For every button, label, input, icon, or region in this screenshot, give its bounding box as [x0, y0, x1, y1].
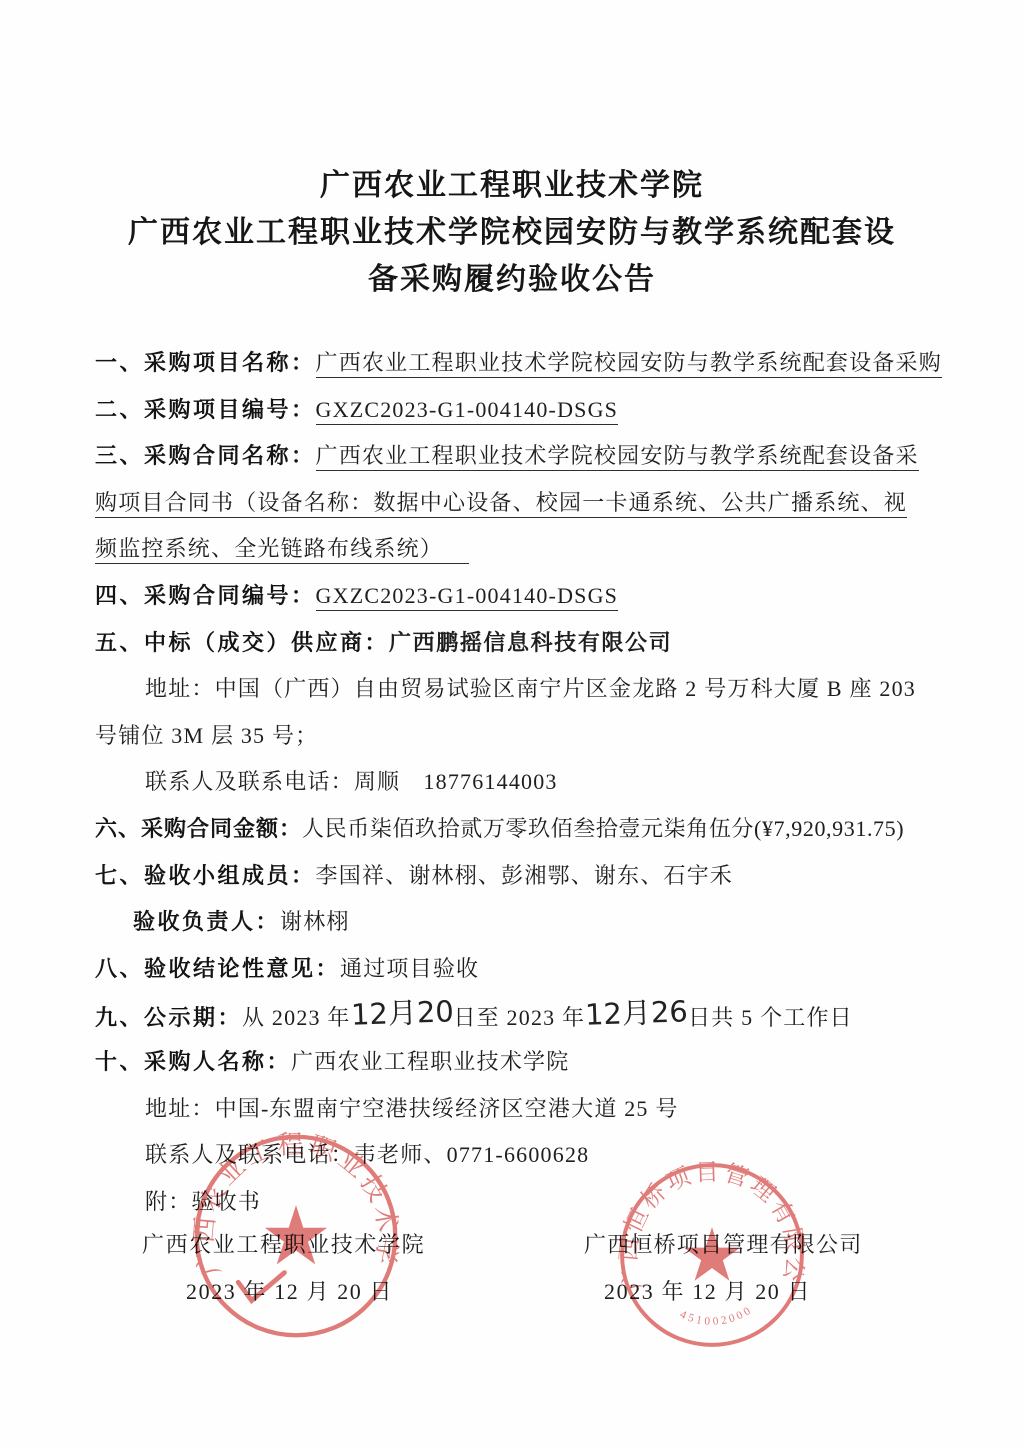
item-8-label: 八、验收结论性意见： [95, 956, 340, 981]
supplier-address-line2: 号铺位 3M 层 35 号； [95, 713, 974, 760]
supplier-contact-label: 联系人及联系电话： [145, 769, 354, 794]
item-4-label: 四、采购合同编号： [95, 583, 316, 608]
item-7-label: 七、验收小组成员： [95, 863, 316, 888]
title-line-3: 备采购履约验收公告 [0, 256, 1024, 303]
handwritten-start-date: 12月20 [350, 989, 454, 1039]
buyer-contact: 联系人及联系电话：韦老师、0771-6600628 [95, 1132, 974, 1179]
item-3-value-line2: 购项目合同书（设备名称：数据中心设备、校园一卡通系统、公共广播系统、视 [95, 490, 907, 518]
acceptance-leader-label: 验收负责人： [133, 909, 280, 934]
buyer-contact-value: 韦老师、0771-6600628 [354, 1142, 590, 1167]
supplier-contact: 联系人及联系电话：周顺 18776144003 [95, 759, 974, 806]
item-9-post-text: 日共 5 个工作日 [688, 1005, 853, 1030]
title-line-1: 广西农业工程职业技术学院 [0, 162, 1024, 209]
item-3-value-line1: 广西农业工程职业技术学院校园安防与教学系统配套设备采 [316, 443, 919, 471]
item-4-contract-number: 四、采购合同编号：GXZC2023-G1-004140-DSGS [95, 573, 974, 620]
item-8-conclusion: 八、验收结论性意见：通过项目验收 [95, 946, 974, 993]
acceptance-leader: 验收负责人：谢林栩 [95, 899, 974, 946]
signature-date-right: 2023 年 12 月 20 日 [604, 1275, 811, 1306]
acceptance-leader-value: 谢林栩 [280, 909, 350, 934]
item-10-label: 十、采购人名称： [95, 1049, 291, 1074]
item-1-project-name: 一、采购项目名称：广西农业工程职业技术学院校园安防与教学系统配套设备采购 [95, 340, 974, 387]
attachment-text: 附：验收书 [145, 1189, 261, 1214]
buyer-address: 地址：中国-东盟南宁空港扶绥经济区空港大道 25 号 [95, 1086, 974, 1133]
signature-org-left: 广西农业工程职业技术学院 [142, 1228, 425, 1259]
item-1-label: 一、采购项目名称： [95, 350, 316, 375]
buyer-address-label: 地址： [145, 1096, 215, 1121]
item-9-pre-text: 从 2023 年 [242, 1005, 351, 1030]
item-7-value: 李国祥、谢林栩、彭湘鄂、谢东、石宇禾 [316, 863, 734, 888]
signature-section: 广西农业工程职业技术学院 广西恒桥项目管理有限公司 2023 年 12 月 20… [0, 1220, 1024, 1380]
item-2-project-number: 二、采购项目编号：GXZC2023-G1-004140-DSGS [95, 387, 974, 434]
document-page: 广西农业工程职业技术学院 广西农业工程职业技术学院校园安防与教学系统配套设 备采… [0, 0, 1024, 1448]
item-7-acceptance-team: 七、验收小组成员：李国祥、谢林栩、彭湘鄂、谢东、石宇禾 [95, 853, 974, 900]
item-6-label: 六、采购合同金额： [95, 816, 302, 841]
item-6-value: 人民币柒佰玖拾贰万零玖佰叁拾壹元柒角伍分(¥7,920,931.75) [302, 816, 904, 841]
item-10-purchaser: 十、采购人名称：广西农业工程职业技术学院 [95, 1039, 974, 1086]
item-3-contract-name-cont1: 购项目合同书（设备名称：数据中心设备、校园一卡通系统、公共广播系统、视 [95, 480, 974, 527]
supplier-contact-value: 周顺 18776144003 [354, 769, 558, 794]
title-line-2: 广西农业工程职业技术学院校园安防与教学系统配套设 [0, 209, 1024, 256]
handwritten-end-date: 12月26 [584, 989, 688, 1039]
item-10-value: 广西农业工程职业技术学院 [291, 1049, 569, 1074]
item-9-label: 九、公示期： [95, 1005, 242, 1030]
item-5-value: 广西鹏摇信息科技有限公司 [389, 630, 672, 655]
supplier-address-value-line1: 中国（广西）自由贸易试验区南宁片区金龙路 2 号万科大厦 B 座 203 [215, 676, 916, 701]
item-2-value: GXZC2023-G1-004140-DSGS [316, 397, 619, 425]
signature-org-right: 广西恒桥项目管理有限公司 [584, 1228, 862, 1259]
supplier-address-label: 地址： [145, 676, 215, 701]
document-title: 广西农业工程职业技术学院 广西农业工程职业技术学院校园安防与教学系统配套设 备采… [0, 0, 1024, 303]
item-3-contract-name: 三、采购合同名称：广西农业工程职业技术学院校园安防与教学系统配套设备采 [95, 433, 974, 480]
item-9-publicity-period: 九、公示期：从 2023 年12月20日至 2023 年12月26日共 5 个工… [95, 992, 974, 1039]
item-3-value-line3: 频监控系统、全光链路布线系统） [95, 536, 469, 564]
item-5-supplier: 五、中标（成交）供应商：广西鹏摇信息科技有限公司 [95, 620, 974, 667]
attachment-note: 附：验收书 [95, 1179, 974, 1226]
item-8-value: 通过项目验收 [340, 956, 479, 981]
item-5-label: 五、中标（成交）供应商： [95, 630, 389, 655]
item-9-mid-text: 日至 2023 年 [453, 1005, 585, 1030]
item-2-label: 二、采购项目编号： [95, 397, 316, 422]
item-4-value: GXZC2023-G1-004140-DSGS [316, 583, 619, 611]
signature-date-left: 2023 年 12 月 20 日 [186, 1275, 393, 1306]
document-body: 一、采购项目名称：广西农业工程职业技术学院校园安防与教学系统配套设备采购 二、采… [0, 340, 1024, 1225]
item-1-value: 广西农业工程职业技术学院校园安防与教学系统配套设备采购 [316, 350, 942, 378]
supplier-address-line1: 地址：中国（广西）自由贸易试验区南宁片区金龙路 2 号万科大厦 B 座 203 [95, 666, 974, 713]
supplier-address-value-line2: 号铺位 3M 层 35 号； [95, 723, 318, 748]
item-3-label: 三、采购合同名称： [95, 443, 316, 468]
buyer-address-value: 中国-东盟南宁空港扶绥经济区空港大道 25 号 [215, 1096, 679, 1121]
item-3-contract-name-cont2: 频监控系统、全光链路布线系统） [95, 526, 974, 573]
buyer-contact-label: 联系人及联系电话： [145, 1142, 354, 1167]
item-6-contract-amount: 六、采购合同金额：人民币柒佰玖拾贰万零玖佰叁拾壹元柒角伍分(¥7,920,931… [95, 806, 974, 853]
